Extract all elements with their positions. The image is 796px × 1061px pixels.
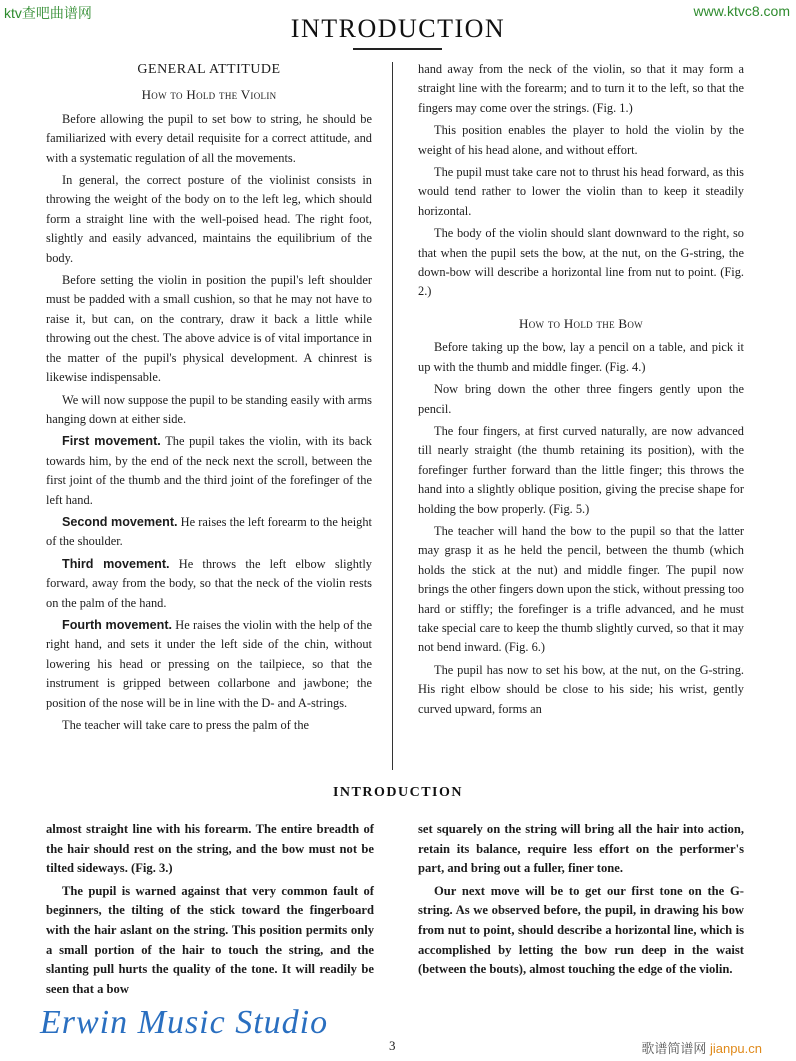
paragraph: Before setting the violin in position th… xyxy=(46,271,372,387)
movement-paragraph-second: Second movement. He raises the left fore… xyxy=(46,513,372,552)
paragraph: Our next move will be to get our first t… xyxy=(418,882,744,980)
section-heading-general-attitude: GENERAL ATTITUDE xyxy=(46,60,372,79)
paragraph: Before taking up the bow, lay a pencil o… xyxy=(418,338,744,377)
bottom-left-column: almost straight line with his forearm. T… xyxy=(46,820,374,999)
paragraph: The pupil has now to set his bow, at the… xyxy=(418,661,744,719)
movement-paragraph-third: Third movement. He throws the left elbow… xyxy=(46,555,372,613)
paragraph: This position enables the player to hold… xyxy=(418,121,744,160)
paragraph: The four fingers, at first curved natura… xyxy=(418,422,744,519)
studio-logo: Erwin Music Studio xyxy=(40,1004,328,1042)
paragraph: The teacher will take care to press the … xyxy=(46,716,372,735)
movement-paragraph-first: First movement. The pupil takes the viol… xyxy=(46,432,372,510)
paragraph: The body of the violin should slant down… xyxy=(418,224,744,302)
top-left-column: GENERAL ATTITUDE How to Hold the Violin … xyxy=(46,60,372,735)
subheading-how-to-hold-bow: How to Hold the Bow xyxy=(418,314,744,333)
paragraph: The pupil is warned against that very co… xyxy=(46,882,374,1000)
paragraph-continued: almost straight line with his forearm. T… xyxy=(46,820,374,879)
paragraph-continued: hand away from the neck of the violin, s… xyxy=(418,60,744,118)
column-divider xyxy=(392,62,393,770)
paragraph: We will now suppose the pupil to be stan… xyxy=(46,391,372,430)
movement-label: Third movement. xyxy=(62,557,170,571)
section-heading-introduction: INTRODUCTION xyxy=(0,785,796,801)
watermark-cn-text: 歌谱简谱网 xyxy=(641,1041,706,1056)
watermark-site: jianpu.cn xyxy=(710,1041,762,1056)
paragraph-continued: set squarely on the string will bring al… xyxy=(418,820,744,879)
subheading-how-to-hold-violin: How to Hold the Violin xyxy=(46,85,372,104)
movement-label: Fourth movement. xyxy=(62,618,172,632)
movement-label: Second movement. xyxy=(62,515,178,529)
watermark-bottom-right: 歌谱简谱网 jianpu.cn xyxy=(641,1038,762,1057)
paragraph: In general, the correct posture of the v… xyxy=(46,171,372,268)
paragraph: Now bring down the other three fingers g… xyxy=(418,380,744,419)
top-right-column: hand away from the neck of the violin, s… xyxy=(418,60,744,719)
page-number: 3 xyxy=(389,1038,396,1054)
bottom-right-column: set squarely on the string will bring al… xyxy=(418,820,744,980)
page-title: INTRODUCTION xyxy=(0,14,796,44)
movement-label: First movement. xyxy=(62,434,161,448)
paragraph: The pupil must take care not to thrust h… xyxy=(418,163,744,221)
title-underline-divider xyxy=(353,48,442,50)
paragraph: Before allowing the pupil to set bow to … xyxy=(46,110,372,168)
paragraph: The teacher will hand the bow to the pup… xyxy=(418,522,744,658)
movement-paragraph-fourth: Fourth movement. He raises the violin wi… xyxy=(46,616,372,713)
